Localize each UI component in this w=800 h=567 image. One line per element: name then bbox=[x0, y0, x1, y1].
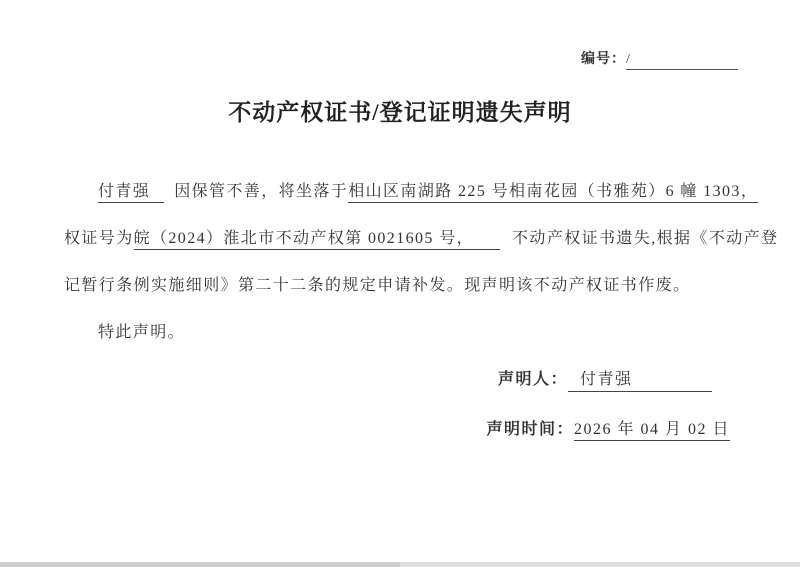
declaration-body: 付青强因保管不善，将坐落于相山区南湖路 225 号相南花园（书雅苑）6 幢 13… bbox=[64, 168, 740, 356]
declarant-name-inline: 付青强 bbox=[98, 183, 164, 203]
horizontal-scrollbar-thumb[interactable] bbox=[0, 562, 400, 567]
date-label: 声明时间： bbox=[486, 421, 574, 438]
date-row: 声明时间：2026 年 04 月 02 日 bbox=[486, 416, 730, 437]
page-title: 不动产权证书/登记证明遗失声明 bbox=[0, 94, 800, 127]
horizontal-scrollbar[interactable] bbox=[0, 562, 800, 567]
property-address: 相山区南湖路 225 号相南花园（书雅苑）6 幢 1303， bbox=[348, 183, 758, 203]
body-text-2: 权证号为 bbox=[64, 230, 134, 247]
document-page: 编号：/ 不动产权证书/登记证明遗失声明 付青强因保管不善，将坐落于相山区南湖路… bbox=[0, 0, 800, 567]
body-text-1: 因保管不善，将坐落于 bbox=[174, 183, 348, 200]
body-line-1: 付青强因保管不善，将坐落于相山区南湖路 225 号相南花园（书雅苑）6 幢 13… bbox=[64, 168, 740, 215]
declarant-name-field: 付青强 bbox=[568, 366, 712, 392]
body-line-2: 权证号为皖（2024）淮北市不动产权第 0021605 号，不动产权证书遗失,根… bbox=[64, 215, 740, 262]
declarant-row: 声明人：付青强 bbox=[486, 366, 730, 387]
body-line-3: 记暂行条例实施细则》第二十二条的规定申请补发。现声明该不动产权证书作废。 bbox=[64, 262, 740, 309]
closing-text: 特此声明。 bbox=[98, 324, 185, 341]
doc-number-label: 编号： bbox=[581, 52, 626, 67]
body-text-3: 不动产权证书遗失,根据《不动产登 bbox=[512, 230, 778, 247]
doc-number: 编号：/ bbox=[581, 48, 738, 70]
declarant-label: 声明人： bbox=[498, 371, 568, 388]
signature-block: 声明人：付青强 声明时间：2026 年 04 月 02 日 bbox=[486, 366, 730, 466]
closing-statement: 特此声明。 bbox=[64, 309, 740, 356]
certificate-number: 皖（2024）淮北市不动产权第 0021605 号， bbox=[134, 230, 500, 250]
date-field: 2026 年 04 月 02 日 bbox=[574, 421, 730, 441]
doc-number-value: / bbox=[626, 52, 738, 70]
